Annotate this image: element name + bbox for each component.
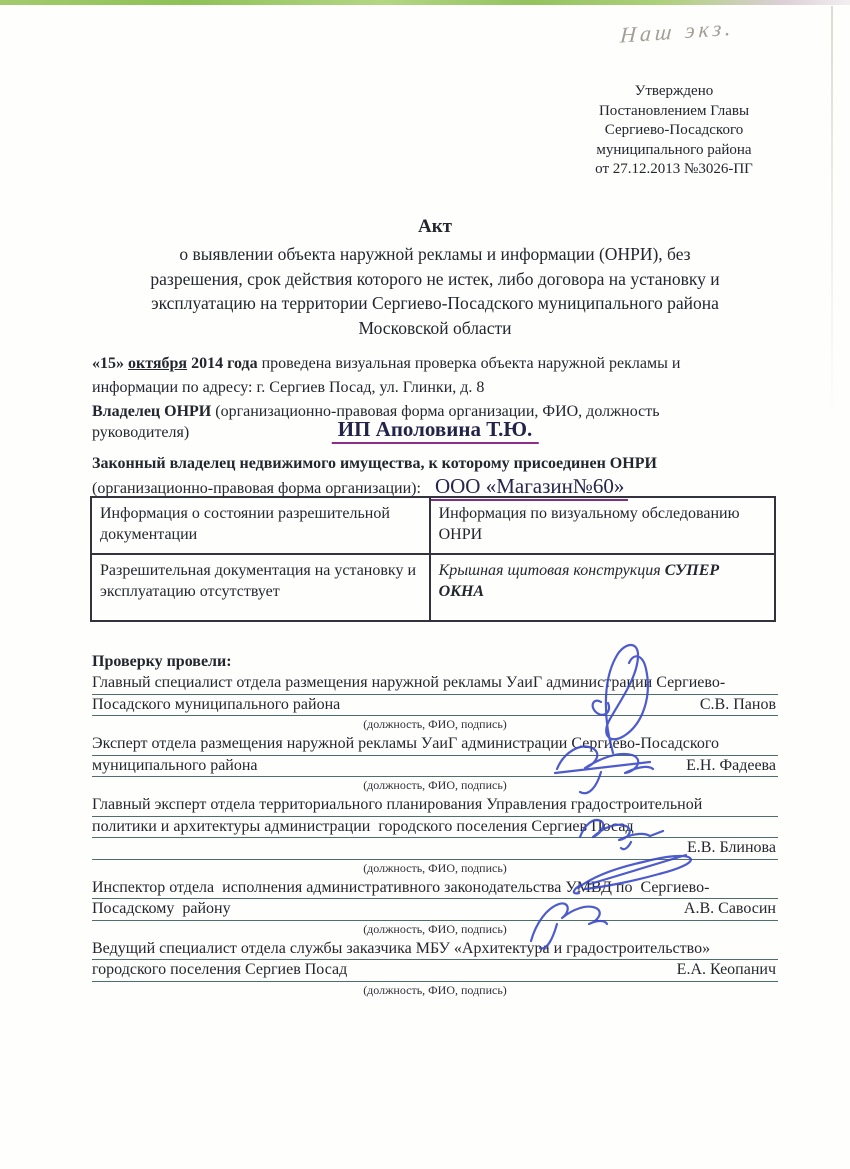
signer-block: Главный эксперт отдела территориального … xyxy=(92,795,778,877)
handwritten-note: Наш экз. xyxy=(619,9,810,48)
signature-caption: (должность, ФИО, подпись) xyxy=(92,777,778,794)
signer-block: Главный специалист отдела размещения нар… xyxy=(92,673,778,733)
approval-line: Утверждено xyxy=(556,82,792,102)
scanned-document-page: Наш экз. Утверждено Постановлением Главы… xyxy=(0,0,850,1169)
approval-line: от 27.12.2013 №3026-ПГ xyxy=(556,160,792,180)
signer-name: Е.В. Блинова xyxy=(687,838,778,859)
subtitle-line: Московской области xyxy=(70,316,800,341)
signature-caption: (должность, ФИО, подпись) xyxy=(92,716,778,733)
document-title: Акт xyxy=(92,214,778,240)
signer-name-line: Посадского муниципального района С.В. Па… xyxy=(92,695,778,717)
table-cell-structure-description: Крышная щитовая конструкция СУПЕР ОКНА xyxy=(430,554,775,621)
approval-line: Постановлением Главы xyxy=(556,102,792,122)
approval-line: муниципального района xyxy=(556,141,792,161)
signer-position-line: Эксперт отдела размещения наружной рекла… xyxy=(92,734,778,756)
table-header-cell-visual-survey: Информация по визуальному обследованию О… xyxy=(430,497,775,554)
signer-name-line: городского поселения Сергиев Посад Е.А. … xyxy=(92,960,778,982)
signer-position-line: Главный эксперт отдела территориального … xyxy=(92,795,778,817)
legal-owner-label: Законный владелец недвижимого имущества,… xyxy=(92,455,657,472)
table-data-row: Разрешительная документация на установку… xyxy=(91,554,775,621)
signer-block: Ведущий специалист отдела службы заказчи… xyxy=(92,939,778,999)
signer-name: С.В. Панов xyxy=(700,695,778,716)
signer-position-line: городского поселения Сергиев Посад xyxy=(92,960,347,981)
signer-name-line: Е.В. Блинова xyxy=(92,838,778,860)
document-subtitle: о выявлении объекта наружной рекламы и и… xyxy=(70,242,800,340)
subtitle-line: разрешения, срок действия которого не ис… xyxy=(70,267,800,292)
signer-position-line: Посадскому району xyxy=(92,899,231,920)
signer-name-line: муниципального района Е.Н. Фадеева xyxy=(92,756,778,778)
inspection-date: «15» xyxy=(92,355,128,372)
signature-caption: (должность, ФИО, подпись) xyxy=(92,921,778,938)
table-header-cell-documentation: Информация о состоянии разрешительной до… xyxy=(91,497,430,554)
subtitle-line: о выявлении объекта наружной рекламы и и… xyxy=(70,242,800,267)
signer-position-line: Инспектор отдела исполнения администрати… xyxy=(92,878,778,900)
signer-position-line: муниципального района xyxy=(92,756,258,777)
signer-name: А.В. Савосин xyxy=(684,899,778,920)
table-cell-permit-status: Разрешительная документация на установку… xyxy=(91,554,430,621)
owner-value: ИП Аполовина Т.Ю. xyxy=(332,417,539,444)
inspection-table: Информация о состоянии разрешительной до… xyxy=(90,496,776,622)
signature-caption: (должность, ФИО, подпись) xyxy=(92,982,778,999)
signer-name: Е.А. Кеопанич xyxy=(677,960,778,981)
owner-value-line: руководителя) ИП Аполовина Т.Ю. xyxy=(92,421,778,451)
signature-caption: (должность, ФИО, подпись) xyxy=(92,860,778,877)
inspection-year: 2014 года xyxy=(187,355,262,372)
inspection-section: Проверку провели: Главный специалист отд… xyxy=(92,651,778,1000)
signer-name: Е.Н. Фадеева xyxy=(686,756,778,777)
signer-block: Инспектор отдела исполнения администрати… xyxy=(92,878,778,938)
owner-label-wrap: руководителя) xyxy=(92,424,189,441)
intro-line-2: информации по адресу: г. Сергиев Посад, … xyxy=(92,376,778,400)
approval-block: Утверждено Постановлением Главы Сергиево… xyxy=(556,82,792,180)
signer-position-line: Посадского муниципального района xyxy=(92,695,340,716)
signer-position-line: политики и архитектуры администрации гор… xyxy=(92,817,778,839)
structure-description: Крышная щитовая конструкция xyxy=(439,562,665,579)
subtitle-line: эксплуатацию на территории Сергиево-Поса… xyxy=(70,291,800,316)
inspection-heading: Проверку провели: xyxy=(92,651,778,672)
intro-line-1: «15» октября 2014 года проведена визуаль… xyxy=(92,352,778,376)
signer-position-line: Главный специалист отдела размещения нар… xyxy=(92,673,778,695)
scanner-edge-strip xyxy=(0,0,850,5)
approval-line: Сергиево-Посадского xyxy=(556,121,792,141)
inspection-month: октября xyxy=(128,355,187,372)
signer-block: Эксперт отдела размещения наружной рекла… xyxy=(92,734,778,794)
signer-name-line: Посадскому району А.В. Савосин xyxy=(92,899,778,921)
legal-owner-label-line: Законный владелец недвижимого имущества,… xyxy=(92,452,778,476)
paper-edge-line xyxy=(831,6,833,426)
table-header-row: Информация о состоянии разрешительной до… xyxy=(91,497,775,554)
intro-text: проведена визуальная проверка объекта на… xyxy=(262,355,681,372)
signer-position-line: Ведущий специалист отдела службы заказчи… xyxy=(92,939,778,961)
owner-label: Владелец ОНРИ xyxy=(92,403,211,420)
